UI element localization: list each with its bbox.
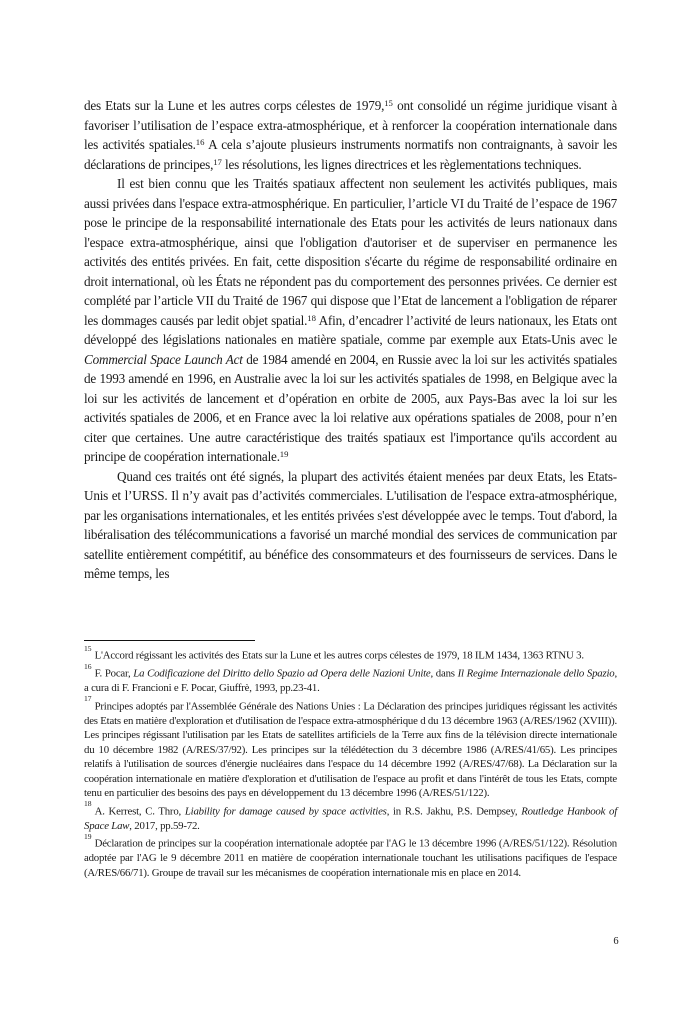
footnote-text: A. Kerrest, C. Thro, Liability for damag…	[84, 805, 617, 832]
footnote-text: L'Accord régissant les activités des Eta…	[95, 650, 584, 662]
footnote-16: 16F. Pocar, La Codificazione del Diritto…	[84, 663, 617, 696]
body-paragraph-3: Quand ces traités ont été signés, la plu…	[84, 467, 617, 584]
footnote-separator	[84, 640, 255, 641]
footnote-text: Principes adoptés par l'Assemblée Généra…	[84, 700, 617, 799]
document-page: des Etats sur la Lune et les autres corp…	[0, 0, 700, 1028]
footnote-19: 19Déclaration de principes sur la coopér…	[84, 833, 617, 880]
footnote-marker: 19	[84, 832, 92, 841]
page-number: 6	[606, 936, 626, 947]
body-text: des Etats sur la Lune et les autres corp…	[84, 96, 617, 584]
footnote-17: 17Principes adoptés par l'Assemblée Géné…	[84, 696, 617, 801]
footnote-marker: 15	[84, 644, 92, 653]
footnotes-section: 15L'Accord régissant les activités des E…	[84, 645, 617, 880]
footnote-text: Déclaration de principes sur la coopérat…	[84, 838, 617, 879]
footnote-marker: 16	[84, 662, 92, 671]
footnote-15: 15L'Accord régissant les activités des E…	[84, 645, 617, 663]
body-paragraph-1: des Etats sur la Lune et les autres corp…	[84, 96, 617, 174]
footnote-marker: 17	[84, 694, 92, 703]
footnote-marker: 18	[84, 799, 92, 808]
footnote-text: F. Pocar, La Codificazione del Diritto d…	[84, 668, 617, 695]
body-paragraph-2: Il est bien connu que les Traités spatia…	[84, 174, 617, 467]
footnote-18: 18A. Kerrest, C. Thro, Liability for dam…	[84, 801, 617, 834]
